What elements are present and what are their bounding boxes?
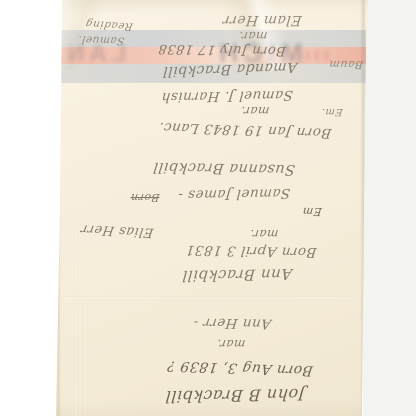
handwriting-line: Em xyxy=(293,205,331,219)
handwriting-line: Susanna Brackbill xyxy=(135,158,313,177)
handwriting-line-crossed-out: Born xyxy=(123,191,166,204)
paper-wrinkles xyxy=(58,0,368,70)
paper-crease-vertical-2 xyxy=(83,300,85,416)
handwriting-line: Born Aug 3, 1839 ? xyxy=(145,357,335,379)
handwriting-line: mar. xyxy=(229,29,276,43)
showthrough-print-text: MICH xyxy=(214,38,303,69)
handwriting-line: Ann Herr - xyxy=(165,314,299,332)
handwriting-line: mar. xyxy=(237,227,290,241)
handwriting-line: John B Brackbill xyxy=(125,384,345,407)
handwriting-line: Samuel J. Harnish xyxy=(145,87,308,106)
handwriting-line: Em. xyxy=(315,106,348,117)
paper-crease-vertical xyxy=(74,230,77,416)
handwriting-line: mar. xyxy=(227,104,282,118)
handwriting-line: Elam Herr xyxy=(207,12,317,28)
handwriting-line: Born April 3 1831 xyxy=(169,242,333,261)
showthrough-print-text-red: III xyxy=(300,48,328,66)
letterhead-stripe-blue-top xyxy=(58,30,366,47)
handwriting-line: Amanda Brackbill xyxy=(145,58,314,80)
showthrough-print-text-2: LAN xyxy=(62,40,126,68)
paper-sheet: MICH LAN III Elam Herr mar. Reading Samu… xyxy=(0,0,416,416)
handwriting-line: Ann Brackbill xyxy=(145,264,329,285)
paper-crease-horizontal xyxy=(58,296,358,298)
paper-edge-left xyxy=(55,0,61,416)
backdrop-right xyxy=(363,0,416,416)
handwriting-line: Born July 17 1838 xyxy=(145,41,299,59)
handwriting-line: Samuel. xyxy=(63,33,139,48)
handwriting-line: Born Jan 19 1843 Lanc. xyxy=(143,119,347,142)
handwriting-line: Samuel James - xyxy=(159,185,308,204)
photo-background: MICH LAN III Elam Herr mar. Reading Samu… xyxy=(0,0,416,416)
handwriting-line: Reading xyxy=(73,17,145,34)
handwriting-line: mar. xyxy=(201,337,260,351)
letterhead-stripe-blue-bottom xyxy=(58,64,366,83)
handwriting-line: Elias Herr xyxy=(63,220,171,240)
letterhead-stripe-red xyxy=(58,47,366,64)
